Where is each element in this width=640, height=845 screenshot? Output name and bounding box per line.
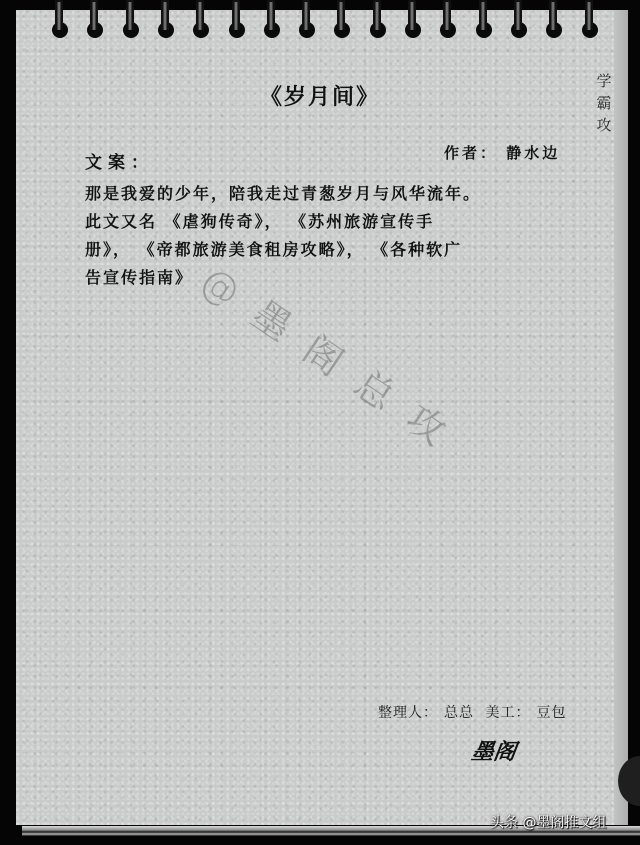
- synopsis-line: 此文又名 《虐狗传奇》， 《苏州旅游宣传手: [85, 208, 585, 236]
- ring-wire: [302, 0, 310, 30]
- spiral-ring: [299, 0, 313, 38]
- spiral-ring: [476, 0, 490, 38]
- side-label: 学 霸 攻: [594, 70, 614, 136]
- side-label-char: 攻: [594, 114, 614, 136]
- artist-name: 豆包: [536, 705, 566, 721]
- spiral-ring: [87, 0, 101, 38]
- ring-wire: [126, 0, 134, 30]
- synopsis-line: 告宣传指南》: [85, 264, 585, 292]
- spiral-ring: [158, 0, 172, 38]
- spiral-ring: [370, 0, 384, 38]
- organizer-label: 整理人：: [378, 705, 438, 721]
- ring-wire: [479, 0, 487, 30]
- ring-wire: [161, 0, 169, 30]
- spiral-ring: [334, 0, 348, 38]
- side-label-char: 霸: [594, 92, 614, 114]
- credits: 整理人：总总 美工：豆包: [378, 702, 572, 722]
- ring-wire: [549, 0, 557, 30]
- spiral-ring: [229, 0, 243, 38]
- synopsis: 那是我爱的少年，陪我走过青葱岁月与风华流年。 此文又名 《虐狗传奇》， 《苏州旅…: [85, 180, 585, 292]
- ring-wire: [337, 0, 345, 30]
- side-label-char: 学: [594, 70, 614, 92]
- spiral-ring: [123, 0, 137, 38]
- spiral-ring: [405, 0, 419, 38]
- synopsis-line: 那是我爱的少年，陪我走过青葱岁月与风华流年。: [85, 180, 585, 208]
- spiral-ring: [582, 0, 596, 38]
- ring-wire: [267, 0, 275, 30]
- spiral-ring: [193, 0, 207, 38]
- organizer-name: 总总: [444, 705, 474, 721]
- spiral-ring: [440, 0, 454, 38]
- spiral-binding: [52, 0, 612, 40]
- synopsis-line: 册》， 《帝都旅游美食租房攻略》， 《各种软广: [85, 236, 585, 264]
- spiral-ring: [546, 0, 560, 38]
- ring-wire: [585, 0, 593, 30]
- ring-wire: [90, 0, 98, 30]
- ring-wire: [443, 0, 451, 30]
- ring-wire: [196, 0, 204, 30]
- author-line: 作者： 静水边: [444, 142, 560, 163]
- artist-label: 美工：: [485, 705, 530, 721]
- ring-wire: [514, 0, 522, 30]
- signature: 墨阁: [470, 735, 518, 766]
- ring-wire: [232, 0, 240, 30]
- copy-label: 文案：: [85, 148, 154, 173]
- ring-wire: [55, 0, 63, 30]
- page-title: 《岁月间》: [0, 80, 640, 111]
- spiral-ring: [264, 0, 278, 38]
- footer-credit: 头条 @墨阁推文组: [490, 812, 606, 832]
- spiral-ring: [511, 0, 525, 38]
- ring-wire: [408, 0, 416, 30]
- page-edge: [614, 10, 628, 825]
- ring-wire: [373, 0, 381, 30]
- spiral-ring: [52, 0, 66, 38]
